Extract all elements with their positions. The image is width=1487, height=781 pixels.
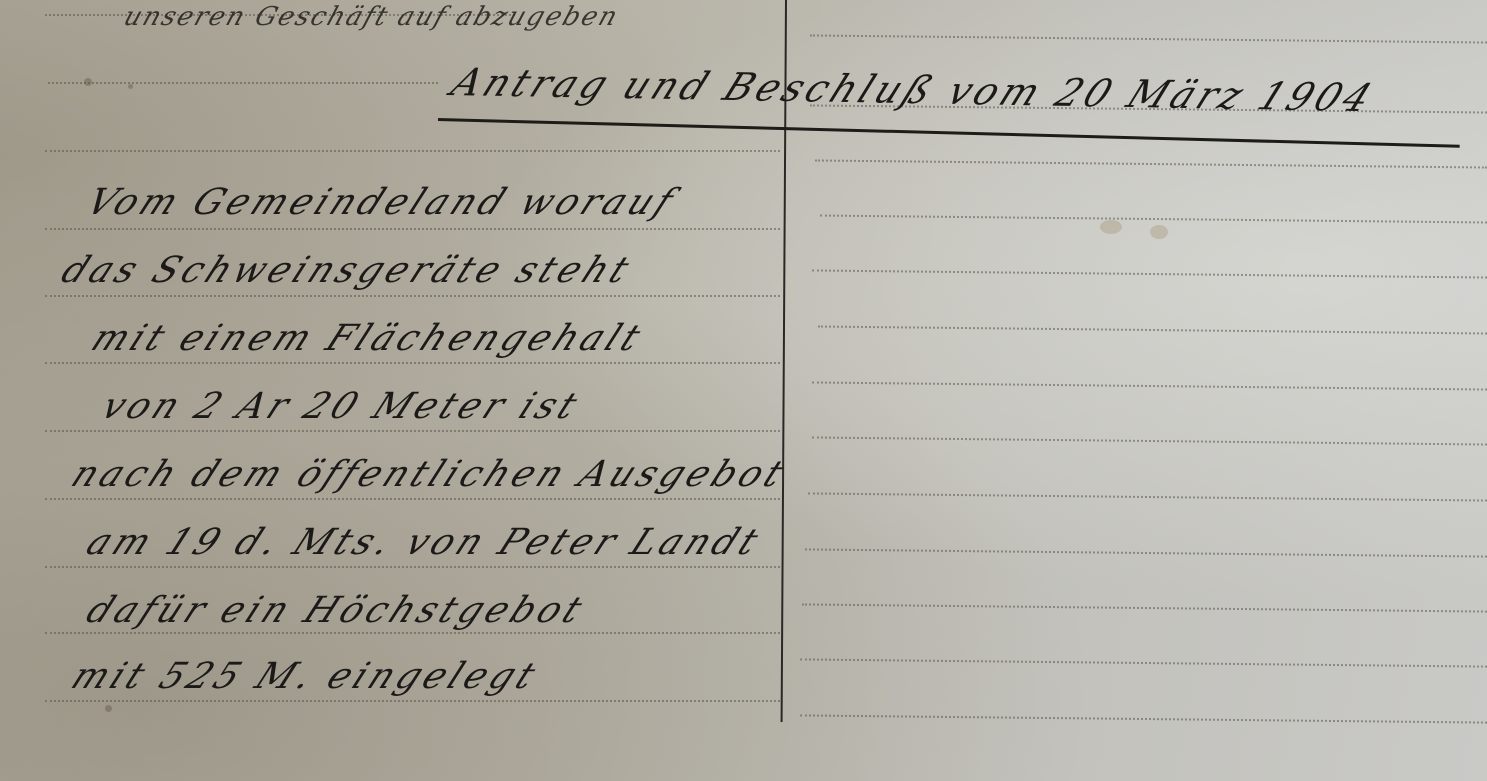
- ruled-line: [45, 498, 780, 500]
- ruled-line: [45, 295, 780, 297]
- entry-line: am 19 d. Mts. von Peter Landt: [80, 522, 768, 563]
- ruled-line: [45, 632, 780, 634]
- ruled-line: [48, 82, 438, 84]
- entry-line: mit 525 M. eingelegt: [65, 656, 545, 697]
- heading-underline: [438, 118, 1460, 148]
- entry-heading: Antrag und Beschluß vom 20 März 1904: [445, 60, 1382, 120]
- right-column-empty: [790, 150, 1487, 781]
- entry-line: das Schweinsgeräte steht: [55, 250, 639, 291]
- ruled-line: [45, 362, 780, 364]
- entry-line: Vom Gemeindeland worauf: [80, 182, 683, 223]
- ledger-page: unseren Geschäft auf abzugeben Antrag un…: [0, 0, 1487, 781]
- ruled-line: [45, 228, 780, 230]
- paper-stain: [105, 705, 112, 712]
- entry-line: dafür ein Höchstgebot: [80, 590, 592, 631]
- top-fragment-text: unseren Geschäft auf abzugeben: [120, 2, 623, 32]
- paper-stain: [128, 84, 133, 89]
- ruled-line: [45, 150, 780, 152]
- entry-line: von 2 Ar 20 Meter ist: [95, 386, 587, 427]
- ruled-line: [45, 700, 780, 702]
- ruled-line: [810, 34, 1487, 43]
- ruled-line: [45, 430, 780, 432]
- entry-line: nach dem öffentlichen Ausgebot: [65, 454, 793, 495]
- ruled-line: [45, 566, 780, 568]
- entry-line: mit einem Flächengehalt: [85, 318, 650, 359]
